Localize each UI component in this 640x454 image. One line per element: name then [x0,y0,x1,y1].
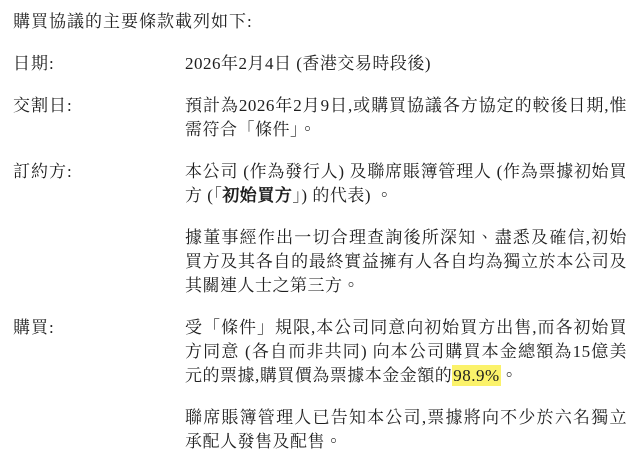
term-body: 預計為2026年2月9日,或購買協議各方協定的較後日期,惟需符合「條件」。 [185,94,627,142]
paragraph-text: 。 [501,366,519,385]
document-page: 購買協議的主要條款載列如下: 日期:2026年2月4日 (香港交易時段後)交割日… [0,0,640,454]
term-body: 2026年2月4日 (香港交易時段後) [185,52,627,76]
term-paragraph: 聯席賬簿管理人已告知本公司,票據將向不少於六名獨立承配人發售及配售。 [185,406,627,454]
term-paragraph: 本公司 (作為發行人) 及聯席賬簿管理人 (作為票據初始買方 (「初始買方」) … [185,160,627,208]
term-row: 購買:受「條件」規限,本公司同意向初始買方出售,而各初始買方同意 (各自而非共同… [13,316,627,454]
term-label: 訂約方: [13,160,185,298]
term-body: 本公司 (作為發行人) 及聯席賬簿管理人 (作為票據初始買方 (「初始買方」) … [185,160,627,298]
term-row: 訂約方:本公司 (作為發行人) 及聯席賬簿管理人 (作為票據初始買方 (「初始買… [13,160,627,298]
paragraph-text: 據董事經作出一切合理查詢後所深知、盡悉及確信,初始買方及其各自的最終實益擁有人各… [185,228,627,295]
term-body: 受「條件」規限,本公司同意向初始買方出售,而各初始買方同意 (各自而非共同) 向… [185,316,627,454]
term-label: 購買: [13,316,185,454]
term-row: 交割日:預計為2026年2月9日,或購買協議各方協定的較後日期,惟需符合「條件」… [13,94,627,142]
paragraph-text: 聯席賬簿管理人已告知本公司,票據將向不少於六名獨立承配人發售及配售。 [185,408,627,451]
paragraph-text: 2026年2月4日 (香港交易時段後) [185,54,431,73]
intro-line: 購買協議的主要條款載列如下: [13,10,627,34]
term-label: 日期: [13,52,185,76]
term-paragraph: 受「條件」規限,本公司同意向初始買方出售,而各初始買方同意 (各自而非共同) 向… [185,316,627,388]
defined-term-bold: 初始買方 [222,186,292,205]
term-paragraph: 預計為2026年2月9日,或購買協議各方協定的較後日期,惟需符合「條件」。 [185,94,627,142]
term-label: 交割日: [13,94,185,142]
term-paragraph: 2026年2月4日 (香港交易時段後) [185,52,627,76]
paragraph-text: 預計為2026年2月9日,或購買協議各方協定的較後日期,惟需符合「條件」。 [185,96,627,139]
paragraph-text: 受「條件」規限,本公司同意向初始買方出售,而各初始買方同意 (各自而非共同) 向… [185,318,627,385]
paragraph-text: 」) 的代表) 。 [292,186,393,205]
highlighted-value: 98.9% [452,365,500,386]
term-row: 日期:2026年2月4日 (香港交易時段後) [13,52,627,76]
term-paragraph: 據董事經作出一切合理查詢後所深知、盡悉及確信,初始買方及其各自的最終實益擁有人各… [185,226,627,298]
terms-list: 日期:2026年2月4日 (香港交易時段後)交割日:預計為2026年2月9日,或… [13,52,627,454]
